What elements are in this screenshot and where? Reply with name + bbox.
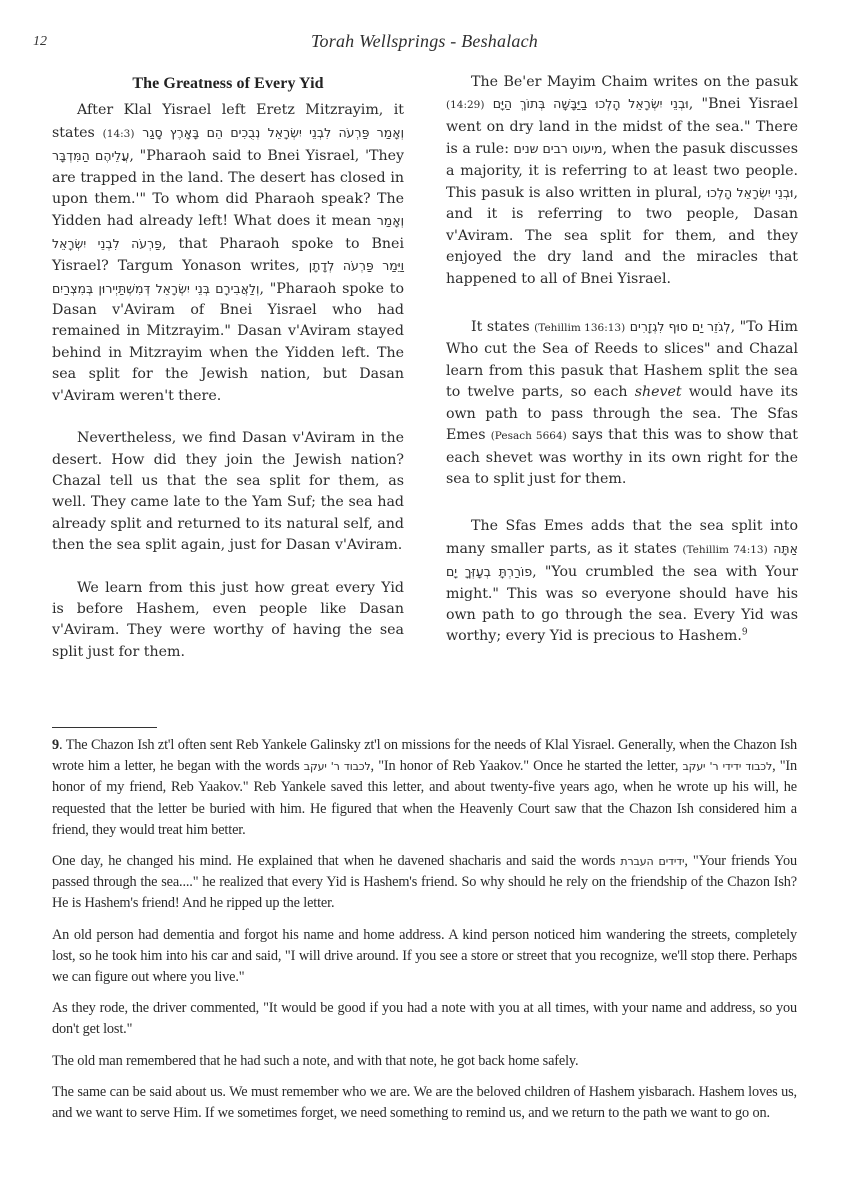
footnote-paragraph: As they rode, the driver commented, "It … bbox=[52, 998, 797, 1040]
verse-reference: (14:29) bbox=[446, 99, 484, 111]
hebrew-quote: לְגֹזֵר יַם סוּף לִגְזָרִים bbox=[630, 319, 731, 334]
footnote-paragraph: The old man remembered that he had such … bbox=[52, 1051, 797, 1072]
source-reference: (Pesach 5664) bbox=[491, 430, 567, 442]
verse-reference: (Tehillim 136:13) bbox=[534, 322, 625, 334]
text: One day, he changed his mind. He explain… bbox=[52, 853, 620, 869]
footnote-paragraph: An old person had dementia and forgot hi… bbox=[52, 925, 797, 989]
hebrew-quote: לכבוד ידידי ר' יעקב bbox=[682, 760, 772, 773]
left-column: The Greatness of Every Yid After Klal Yi… bbox=[52, 72, 404, 684]
footnote-paragraph: The same can be said about us. We must r… bbox=[52, 1082, 797, 1124]
text: The Be'er Mayim Chaim writes on the pasu… bbox=[471, 74, 798, 90]
hebrew-quote: מיעוט רבים שנים bbox=[514, 141, 603, 156]
paragraph: After Klal Yisrael left Eretz Mitzrayim,… bbox=[52, 100, 404, 407]
right-column: The Be'er Mayim Chaim writes on the pasu… bbox=[446, 72, 798, 669]
running-title: Torah Wellsprings - Beshalach bbox=[0, 31, 849, 52]
italic-term: shevet bbox=[635, 384, 682, 400]
text: , "Pharaoh spoke to Dasan v'Aviram of Bn… bbox=[52, 281, 404, 404]
section-heading: The Greatness of Every Yid bbox=[52, 73, 404, 94]
footnote-marker[interactable]: 9 bbox=[742, 628, 748, 638]
hebrew-quote: וּבְנֵי יִשְׂרָאֵל הָלְכוּ בַיַּבָּשָׁה … bbox=[493, 96, 689, 111]
footnote-divider bbox=[52, 727, 157, 728]
paragraph: Nevertheless, we find Dasan v'Aviram in … bbox=[52, 428, 404, 556]
text: , "In honor of Reb Yaakov." Once he star… bbox=[371, 758, 683, 774]
hebrew-quote: ידידים העברת bbox=[620, 855, 684, 868]
hebrew-quote: לכבוד ר' יעקב bbox=[304, 760, 371, 773]
footnote-number: 9 bbox=[52, 737, 59, 753]
paragraph: It states (Tehillim 136:13) לְגֹזֵר יַם … bbox=[446, 316, 798, 490]
paragraph: We learn from this just how great every … bbox=[52, 578, 404, 664]
text: It states bbox=[471, 319, 534, 335]
paragraph: The Be'er Mayim Chaim writes on the pasu… bbox=[446, 72, 798, 290]
footnote-paragraph: One day, he changed his mind. He explain… bbox=[52, 851, 797, 915]
hebrew-quote: וּבְנֵי יִשְׂרָאֵל הָלְכוּ bbox=[707, 185, 794, 200]
footnotes-section: 9. The Chazon Ish zt'l often sent Reb Ya… bbox=[52, 735, 797, 1134]
footnote-9: 9. The Chazon Ish zt'l often sent Reb Ya… bbox=[52, 735, 797, 841]
verse-reference: (Tehillim 74:13) bbox=[682, 544, 767, 556]
paragraph: The Sfas Emes adds that the sea split in… bbox=[446, 516, 798, 647]
verse-reference: (14:3) bbox=[103, 128, 135, 140]
